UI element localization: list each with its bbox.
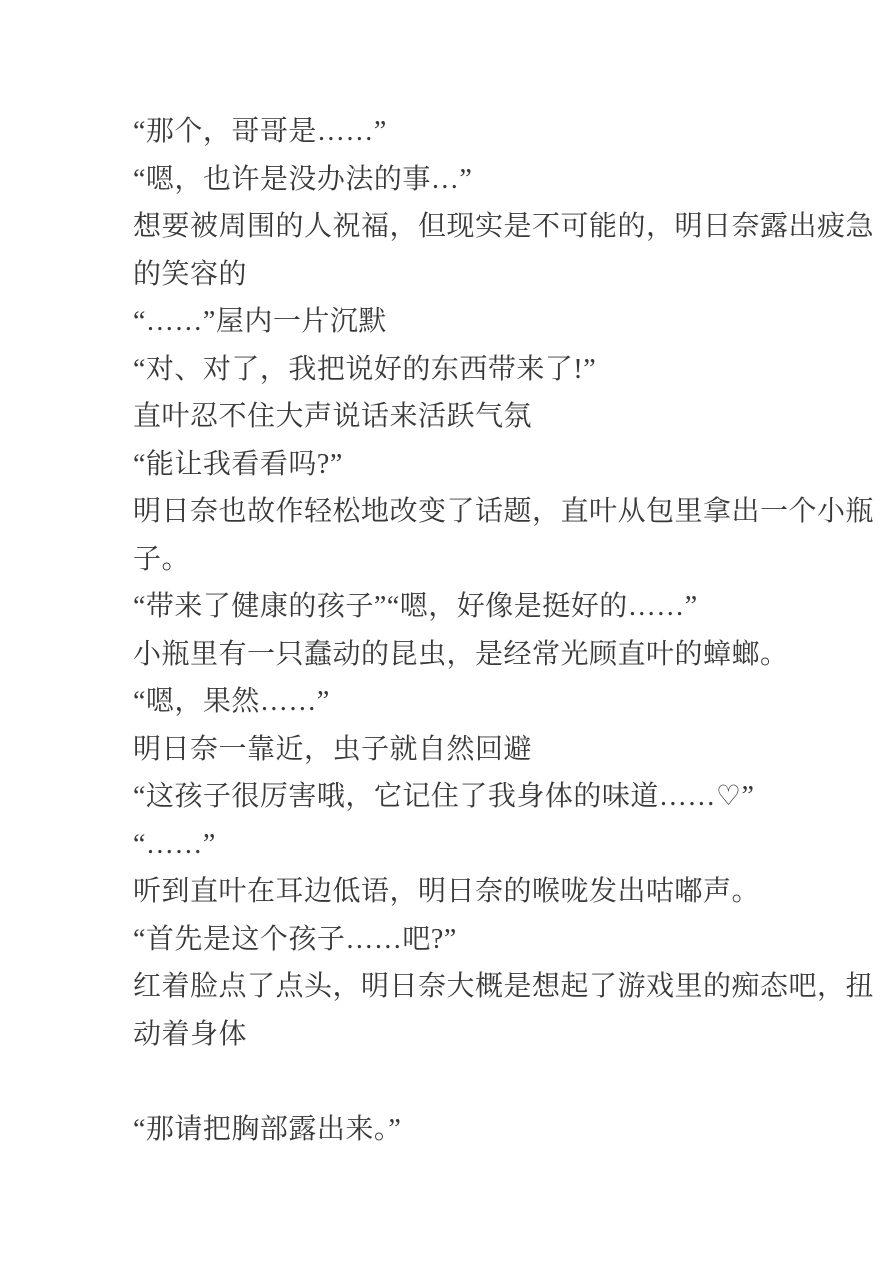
document-page: “那个，哥哥是……” “嗯，也许是没办法的事…” 想要被周围的人祝福，但现实是不…: [0, 0, 892, 1262]
text-line: 明日奈一靠近，虫子就自然回避: [133, 726, 764, 774]
text-line: “嗯，果然……”: [133, 678, 764, 726]
text-line: “能让我看看吗?”: [133, 441, 764, 489]
text-line: 听到直叶在耳边低语，明日奈的喉咙发出咕嘟声。: [133, 868, 764, 916]
text-line: “嗯，也许是没办法的事…”: [133, 156, 764, 204]
text-line: “……”: [133, 821, 764, 869]
text-line: “那请把胸部露出来。”: [133, 1106, 764, 1154]
text-line: 明日奈也故作轻松地改变了话题，直叶从包里拿出一个小瓶: [133, 488, 764, 536]
text-line: 想要被周围的人祝福，但现实是不可能的，明日奈露出疲急: [133, 203, 764, 251]
text-line: 子。: [133, 536, 764, 584]
text-line: 直叶忍不住大声说话来活跃气氛: [133, 393, 764, 441]
text-line: 的笑容的: [133, 251, 764, 299]
text-line: 红着脸点了点头，明日奈大概是想起了游戏里的痴态吧，扭: [133, 963, 764, 1011]
text-line: “首先是这个孩子……吧?”: [133, 916, 764, 964]
blank-line: [133, 1058, 764, 1106]
text-line: 小瓶里有一只蠢动的昆虫，是经常光顾直叶的蟑螂。: [133, 631, 764, 679]
text-line: “那个，哥哥是……”: [133, 108, 764, 156]
text-line: “对、对了，我把说好的东西带来了!”: [133, 346, 764, 394]
text-line: “……”屋内一片沉默: [133, 298, 764, 346]
text-line: 动着身体: [133, 1011, 764, 1059]
text-line: “这孩子很厉害哦，它记住了我身体的味道……♡”: [133, 773, 764, 821]
text-line: “带来了健康的孩子”“嗯，好像是挺好的……”: [133, 583, 764, 631]
